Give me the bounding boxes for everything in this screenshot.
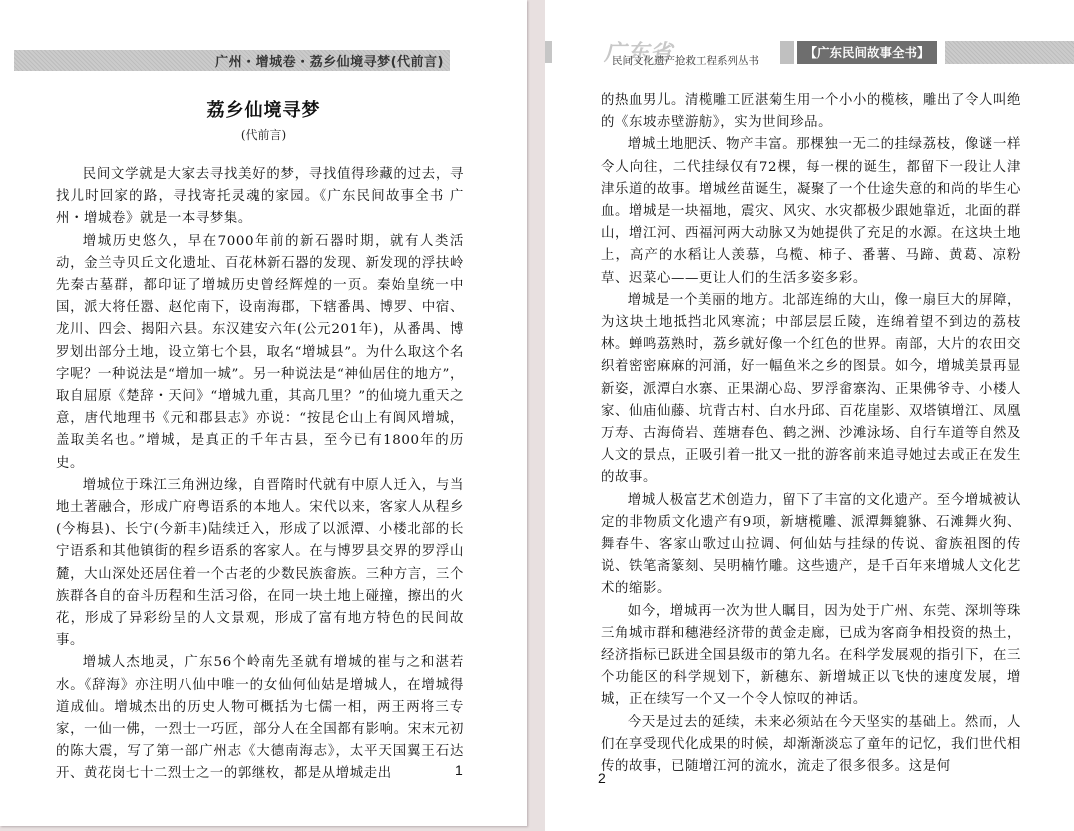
paragraph: 增城历史悠久，早在7000年前的新石器时期，就有人类活动，金兰寺贝丘文化遗址、百… [56, 231, 464, 475]
header-edge-block [545, 41, 552, 63]
book-title-badge: 【广东民间故事全书】 [797, 41, 937, 64]
left-page: 广州・增城卷・荔乡仙境寻梦(代前言) 荔乡仙境寻梦 (代前言) 民间文学就是大家… [0, 0, 527, 826]
paragraph: 增城位于珠江三角洲边缘，自晋隋时代就有中原人迁入，与当地土著融合，形成广府粤语系… [56, 475, 464, 653]
article-title: 荔乡仙境寻梦 [0, 96, 527, 122]
series-name: 民间文化遗产抢救工程系列丛书 [612, 53, 759, 68]
running-header-band [945, 41, 1074, 64]
paragraph: 增城人杰地灵，广东56个岭南先圣就有增城的崔与之和湛若水。《辞海》亦注明八仙中唯… [56, 652, 464, 785]
page-number: 2 [598, 770, 606, 786]
paragraph: 的热血男儿。清榄雕工匠湛菊生用一个小小的榄核，雕出了令人叫绝的《东坡赤壁游舫》，… [601, 90, 1021, 134]
running-header-band: 广州・增城卷・荔乡仙境寻梦(代前言) [14, 50, 450, 71]
paragraph: 增城人极富艺术创造力，留下了丰富的文化遗产。至今增城被认定的非物质文化遗产有9项… [601, 490, 1021, 601]
page-number: 1 [455, 762, 463, 778]
paragraph: 今天是过去的延续，未来必须站在今天坚实的基础上。然而，人们在享受现代化成果的时候… [601, 712, 1021, 779]
header-divider [780, 41, 794, 64]
paragraph: 如今，增城再一次为世人瞩目，因为处于广州、东莞、深圳等珠三角城市群和穗港经济带的… [601, 601, 1021, 712]
article-subtitle: (代前言) [0, 126, 527, 143]
running-header-text: 广州・增城卷・荔乡仙境寻梦(代前言) [215, 51, 444, 70]
paragraph: 民间文学就是大家去寻找美好的梦，寻找值得珍藏的过去，寻找儿时回家的路，寻找寄托灵… [56, 164, 464, 231]
right-body-text: 的热血男儿。清榄雕工匠湛菊生用一个小小的榄核，雕出了令人叫绝的《东坡赤壁游舫》，… [601, 90, 1021, 778]
paragraph: 增城是一个美丽的地方。北部连绵的大山，像一扇巨大的屏障，为这块土地抵挡北风寒流；… [601, 290, 1021, 490]
left-body-text: 民间文学就是大家去寻找美好的梦，寻找值得珍藏的过去，寻找儿时回家的路，寻找寄托灵… [56, 164, 464, 786]
paragraph: 增城土地肥沃、物产丰富。那棵独一无二的挂绿荔枝，像谜一样令人向往，二代挂绿仅有7… [601, 134, 1021, 289]
